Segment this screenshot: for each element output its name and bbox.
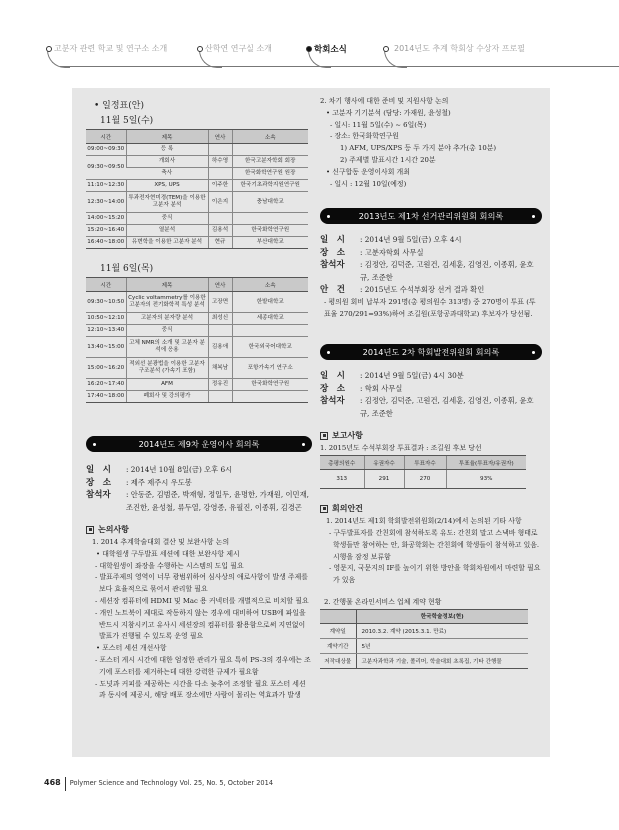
agenda-list: 1. 2014년도 제1회 학회발전위원회(2/14)에서 논의된 기타 사항 … [320, 516, 542, 587]
schedule-table-day2: 시간 제목 연사 소속 09:30~10:50Cyclic voltammetr… [86, 277, 308, 403]
col-header: 유권자수 [364, 456, 404, 470]
col-header: 소속 [232, 130, 308, 144]
dot-icon [93, 443, 96, 446]
table-row: 09:30~09:50개회사하수영한국고분자학회 회장 [86, 156, 308, 168]
right-column: 2. 차기 행사에 대한 준비 및 지원사항 논의 • 고분자 기기분석 (담당… [320, 96, 542, 669]
schedule-title: • 일정표(안) [94, 98, 312, 111]
table-row: 313 291 270 93% [320, 470, 526, 489]
election-note: - 평의원 회비 납부자 291명(총 평의원수 313명) 중 270명이 투… [320, 297, 542, 321]
contract-table: 한국학술정보(현) 계약일 2010.3.2. 계약 (2015.3.1. 만료… [320, 609, 528, 669]
publication-info: Polymer Science and Technology Vol. 25, … [70, 779, 273, 787]
nav-divider [60, 66, 619, 67]
circle-icon [383, 46, 389, 52]
day2-title: 11월 6일(목) [100, 261, 312, 274]
section-banner: 2013년도 제1차 선거관리위원회 회의록 [320, 208, 542, 224]
election-meta: 일 시: 2014년 9월 5일(금) 오후 4시 장 소: 고분자학회 사무실… [320, 234, 542, 297]
dot-icon [532, 215, 535, 218]
dot-icon [302, 443, 305, 446]
square-bullet-icon [86, 526, 94, 534]
table-row: 계약기간 5년 [320, 638, 528, 653]
circle-icon [46, 46, 52, 52]
section-nav: 고분자 관련 학교 및 연구소 소개 산학연 연구실 소개 학회소식 2014년… [0, 0, 619, 80]
meeting-meta: 일 시: 2014년 10월 8일(금) 오후 6시 장 소: 제주 제주시 우… [86, 464, 312, 514]
day1-title: 11월 5일(수) [100, 113, 312, 126]
square-bullet-icon [320, 505, 328, 513]
schedule-table-day1: 시간 제목 연사 소속 09:00~09:30등 록 09:30~09:50개회… [86, 129, 308, 249]
development-meta: 일 시: 2014년 9월 5일(금) 4시 30분 장 소: 학회 사무실 참… [320, 370, 542, 420]
table-row: 16:40~18:00유변학을 이용한 고분자 분석현규부산대학교 [86, 237, 308, 249]
nav-item-institutes[interactable]: 고분자 관련 학교 및 연구소 소개 [46, 43, 167, 54]
left-column: • 일정표(안) 11월 5일(수) 시간 제목 연사 소속 09:00~09:… [86, 98, 312, 403]
footer-divider [65, 777, 66, 791]
table-row: 09:00~09:30등 록 [86, 144, 308, 156]
nav-item-labs[interactable]: 산학연 연구실 소개 [197, 43, 272, 54]
col-header: 총평의원수 [320, 456, 364, 470]
circle-icon [197, 46, 203, 52]
dot-icon [327, 215, 330, 218]
col-header: 한국학술정보(현) [356, 609, 528, 623]
content-panel: • 일정표(안) 11월 5일(수) 시간 제목 연사 소속 09:00~09:… [72, 88, 550, 757]
table-row: 12:10~13:40중식 [86, 325, 308, 337]
table-row: 13:40~15:00고체 NMR의 소개 및 고분자 분석에 응용김용애한국외… [86, 337, 308, 358]
section-banner: 2014년도 2차 학회발전위원회 회의록 [320, 344, 542, 360]
table-row: 09:30~10:50Cyclic voltammetry를 이용한 고분자의 … [86, 292, 308, 313]
table-row: 10:50~12:10고분자의 분자량 분석최성신세종대학교 [86, 313, 308, 325]
discussion-list: 1. 2014 추계학술대회 결산 및 보완사항 논의 • 대학원생 구두발표 … [86, 537, 312, 702]
col-header: 투표자수 [404, 456, 446, 470]
page-footer: 468 Polymer Science and Technology Vol. … [44, 777, 273, 791]
table-row: 계약일 2010.3.2. 계약 (2015.3.1. 만료) [320, 623, 528, 638]
table-row: 15:00~16:20적외선 분광법을 이용한 고분자 구조분석 (가속기 포함… [86, 358, 308, 379]
section-heading: 회의안건 [320, 503, 542, 514]
table-row: 16:20~17:40AFM정유진한국화학연구원 [86, 379, 308, 391]
section-heading: 보고사항 [320, 430, 542, 441]
table-row: 저작대상물 고분자과학과 기술, 폴리머, 학술대회 초록집, 기타 간행물 [320, 653, 528, 668]
table-row: 12:30~14:00투과전자현미경(TEM)을 이용한 고분자 분석이은지충남… [86, 192, 308, 213]
table-row: 15:20~16:40열분석김용석한국화학연구원 [86, 225, 308, 237]
col-header: 연사 [208, 130, 232, 144]
col-header: 연사 [208, 278, 232, 292]
col-header: 소속 [232, 278, 308, 292]
contract-title: 2. 간행물 온라인서비스 업체 계약 현황 [320, 597, 542, 609]
col-header: 시간 [86, 278, 126, 292]
dot-icon [327, 351, 330, 354]
nav-item-society-news[interactable]: 학회소식 [306, 43, 347, 55]
next-event-list: 2. 차기 행사에 대한 준비 및 지원사항 논의 • 고분자 기기분석 (담당… [320, 96, 542, 190]
col-header: 투표율(투표자/유권자) [446, 456, 526, 470]
vote-result-table: 총평의원수 유권자수 투표자수 투표율(투표자/유권자) 313 291 270… [320, 455, 526, 489]
page-number: 468 [44, 778, 61, 787]
section-banner: 2014년도 제9차 운영이사 회의록 [86, 436, 312, 452]
filled-circle-icon [306, 46, 312, 52]
col-header: 제목 [126, 130, 208, 144]
report-line: 1. 2015년도 수석부회장 투표결과 : 조길원 후보 당선 [320, 443, 542, 455]
table-row: 17:40~18:00폐회사 및 강의평가 [86, 391, 308, 403]
nav-item-award-profiles[interactable]: 2014년도 추계 학회상 수상자 프로필 [383, 43, 525, 54]
table-row: 11:10~12:30XPS, UPS이주한한국기초과학지원연구원 [86, 180, 308, 192]
col-header: 시간 [86, 130, 126, 144]
table-row: 14:00~15:20중식 [86, 213, 308, 225]
col-header: 제목 [126, 278, 208, 292]
section-heading: 논의사항 [86, 524, 312, 535]
dot-icon [532, 351, 535, 354]
square-bullet-icon [320, 432, 328, 440]
operations-meeting: 2014년도 제9차 운영이사 회의록 일 시: 2014년 10월 8일(금)… [86, 436, 312, 702]
